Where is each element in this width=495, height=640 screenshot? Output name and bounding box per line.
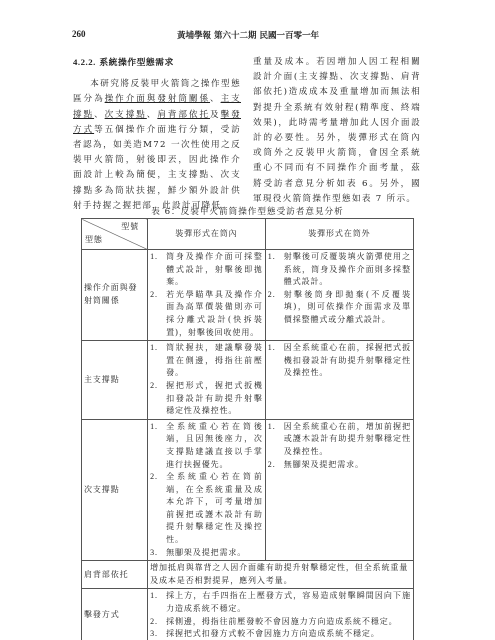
- underlined-term: 次支撐點: [105, 110, 147, 120]
- item-text: 射擊後筒身即拋棄(不反覆裝填)，則可依操作介面需求及單價採整體式或分離式設計。: [284, 289, 411, 327]
- corner-cell: 型號 型態: [82, 219, 148, 250]
- row-label: 主支撐點: [82, 341, 148, 420]
- list-item: 2.全系統重心若在筒前端，在全系統重量及成本允許下，可考量增加前握把或護木設計有…: [150, 471, 263, 547]
- section-heading: 4.2.2. 系統操作型態需求: [73, 55, 241, 71]
- list-item: 2.無腳架及提把需求。: [268, 459, 411, 472]
- item-number: 3.: [150, 628, 166, 640]
- paragraph: 本研究將反裝甲火箭筒之操作型態區分為操作介面與發射筒關係、主支撐點、次支撐點、肩…: [73, 77, 241, 214]
- list-item: 1.因全系統重心在前，採握把式扳機扣發設計有助提升射擊穩定性及操控性。: [268, 342, 411, 380]
- item-text: 全系統重心若在筒前端，在全系統重量及成本允許下，可考量增加前握把或護木設計有助提…: [166, 471, 263, 547]
- table-row: 肩背部依托 增加抵肩與靠背之人因介面雖有助提升射擊穩定性，但全系統重量及成本是否…: [82, 561, 414, 589]
- list-item: 1.全系統重心若在筒後端，且因無後座力，次支撐點建議直接以手掌進行扶握優先。: [150, 421, 263, 471]
- row-label: 操作介面與發射筒關係: [82, 250, 148, 341]
- list-item: 2.若光學瞄準具及操作介面為高單價裝備則亦可採分離式設計(快拆裝置)，射擊後回收…: [150, 289, 263, 339]
- section-title: 系統操作型態需求: [99, 58, 173, 68]
- table-row: 次支撐點 1.全系統重心若在筒後端，且因無後座力，次支撐點建議直接以手掌進行扶握…: [82, 419, 414, 561]
- inside-cell: 1.筒身及操作介面可採整體式設計，射擊後即拋棄。 2.若光學瞄準具及操作介面為高…: [148, 250, 266, 341]
- item-text: 採側邊，拇指往前壓發較不會因施力方向造成系統不穩定。: [166, 616, 411, 629]
- list-item: 2.握把形式，握把式扳機扣發設計有助提升射擊穩定性及操控性。: [150, 380, 263, 418]
- item-number: 2.: [150, 380, 166, 418]
- outside-cell: 1.射擊後可反覆裝填火箭彈使用之系統，筒身及操作介面則多採整體式設計。 2.射擊…: [265, 250, 413, 341]
- row-label: 擊發方式: [82, 589, 148, 640]
- item-number: 2.: [150, 471, 166, 547]
- outside-cell: 1.因全系統重心在前，採握把式扳機扣發設計有助提升射擊穩定性及操控性。: [265, 341, 413, 420]
- item-text: 採上方，右手四指在上壓發方式，容易造成射擊瞬間因向下施力造成系統不穩定。: [166, 590, 411, 615]
- inside-cell: 1.筒狀握扶，建議擊發裝置在側邊，拇指往前壓發。 2.握把形式，握把式扳機扣發設…: [148, 341, 266, 420]
- table-header-row: 型號 型態 裝彈形式在筒內 裝彈形式在筒外: [82, 219, 414, 250]
- opinion-table: 型號 型態 裝彈形式在筒內 裝彈形式在筒外 操作介面與發射筒關係 1.筒身及操作…: [81, 218, 414, 640]
- journal-title: 黃埔學報 第六十二期 民國一百零一年: [72, 29, 424, 41]
- item-number: 2.: [268, 289, 284, 327]
- item-number: 1.: [150, 251, 166, 289]
- section-number: 4.2.2.: [73, 57, 96, 67]
- list-item: 1.射擊後可反覆裝填火箭彈使用之系統，筒身及操作介面則多採整體式設計。: [268, 251, 411, 289]
- item-text: 因全系統重心在前，採握把式扳機扣發設計有助提升射擊穩定性及操控性。: [284, 342, 411, 380]
- right-column: 重量及成本。若因增加人因工程相關設計介面(主支撐點、次支撐點、肩背部依托)造成成…: [253, 55, 421, 207]
- list-item: 3.無腳架及提把需求。: [150, 547, 263, 560]
- page-header: 260 黃埔學報 第六十二期 民國一百零一年: [72, 29, 424, 43]
- item-number: 3.: [150, 547, 166, 560]
- text: 、: [147, 110, 158, 120]
- item-text: 無腳架及提把需求。: [166, 547, 263, 560]
- item-number: 1.: [268, 342, 284, 380]
- item-text: 採握把式扣發方式較不會因施力方向造成系統不穩定。: [166, 628, 411, 640]
- corner-top-label: 型號: [121, 221, 139, 234]
- item-text: 射擊後可反覆裝填火箭彈使用之系統，筒身及操作介面則多採整體式設計。: [284, 251, 411, 289]
- item-text: 握把形式，握把式扳機扣發設計有助提升射擊穩定性及操控性。: [166, 380, 263, 418]
- item-text: 筒身及操作介面可採整體式設計，射擊後即拋棄。: [166, 251, 263, 289]
- table-row: 操作介面與發射筒關係 1.筒身及操作介面可採整體式設計，射擊後即拋棄。 2.若光…: [82, 250, 414, 341]
- corner-bottom-label: 型態: [85, 234, 103, 247]
- item-number: 2.: [150, 616, 166, 629]
- list-item: 1.筒狀握扶，建議擊發裝置在側邊，拇指往前壓發。: [150, 342, 263, 380]
- item-number: 1.: [150, 590, 166, 615]
- list-item: 1.因全系統重心在前，增加前握把或護木設計有助提升射擊穩定性及操控性。: [268, 421, 411, 459]
- text: 、: [94, 110, 105, 120]
- item-number: 1.: [150, 421, 166, 471]
- item-number: 1.: [268, 251, 284, 289]
- row-label: 次支撐點: [82, 419, 148, 561]
- left-column: 4.2.2. 系統操作型態需求 本研究將反裝甲火箭筒之操作型態區分為操作介面與發…: [73, 55, 241, 214]
- table-row: 擊發方式 1.採上方，右手四指在上壓發方式，容易造成射擊瞬間因向下施力造成系統不…: [82, 589, 414, 640]
- item-text: 筒狀握扶，建議擊發裝置在側邊，拇指往前壓發。: [166, 342, 263, 380]
- item-text: 因全系統重心在前，增加前握把或護木設計有助提升射擊穩定性及操控性。: [284, 421, 411, 459]
- row-label: 肩背部依托: [82, 561, 148, 589]
- text: 及: [210, 110, 221, 120]
- column-header-inside: 裝彈形式在筒內: [148, 219, 266, 250]
- item-number: 2.: [150, 289, 166, 339]
- list-item: 1.採上方，右手四指在上壓發方式，容易造成射擊瞬間因向下施力造成系統不穩定。: [150, 590, 411, 615]
- text: 等五個操作介面進行分類，受訪者認為，如美造M72 一次性使用之反裝甲火箭筒，射後…: [73, 125, 241, 211]
- underlined-term: 操作介面與發射筒關係: [105, 94, 210, 104]
- item-number: 1.: [268, 421, 284, 459]
- underlined-term: 肩背部依托: [157, 110, 210, 120]
- list-item: 2.採側邊，拇指往前壓發較不會因施力方向造成系統不穩定。: [150, 616, 411, 629]
- item-text: 全系統重心若在筒後端，且因無後座力，次支撐點建議直接以手掌進行扶握優先。: [166, 421, 263, 471]
- item-text: 若光學瞄準具及操作介面為高單價裝備則亦可採分離式設計(快拆裝置)，射擊後回收使用…: [166, 289, 263, 339]
- list-item: 1.筒身及操作介面可採整體式設計，射擊後即拋棄。: [150, 251, 263, 289]
- item-text: 無腳架及提把需求。: [284, 459, 411, 472]
- item-number: 2.: [268, 459, 284, 472]
- paragraph: 重量及成本。若因增加人因工程相關設計介面(主支撐點、次支撐點、肩背部依托)造成成…: [253, 55, 421, 207]
- merged-cell: 增加抵肩與靠背之人因介面雖有助提升射擊穩定性，但全系統重量及成本是否相對提昇，應…: [148, 561, 414, 589]
- table-row: 主支撐點 1.筒狀握扶，建議擊發裝置在側邊，拇指往前壓發。 2.握把形式，握把式…: [82, 341, 414, 420]
- list-item: 3.採握把式扣發方式較不會因施力方向造成系統不穩定。: [150, 628, 411, 640]
- table-caption: 表 6：反裝甲火箭筒操作型態受訪者意見分析: [0, 205, 495, 217]
- text: 、: [210, 94, 221, 104]
- merged-cell: 1.採上方，右手四指在上壓發方式，容易造成射擊瞬間因向下施力造成系統不穩定。 2…: [148, 589, 414, 640]
- column-header-outside: 裝彈形式在筒外: [265, 219, 413, 250]
- item-number: 1.: [150, 342, 166, 380]
- list-item: 2.射擊後筒身即拋棄(不反覆裝填)，則可依操作介面需求及單價採整體式或分離式設計…: [268, 289, 411, 327]
- outside-cell: 1.因全系統重心在前，增加前握把或護木設計有助提升射擊穩定性及操控性。 2.無腳…: [265, 419, 413, 561]
- inside-cell: 1.全系統重心若在筒後端，且因無後座力，次支撐點建議直接以手掌進行扶握優先。 2…: [148, 419, 266, 561]
